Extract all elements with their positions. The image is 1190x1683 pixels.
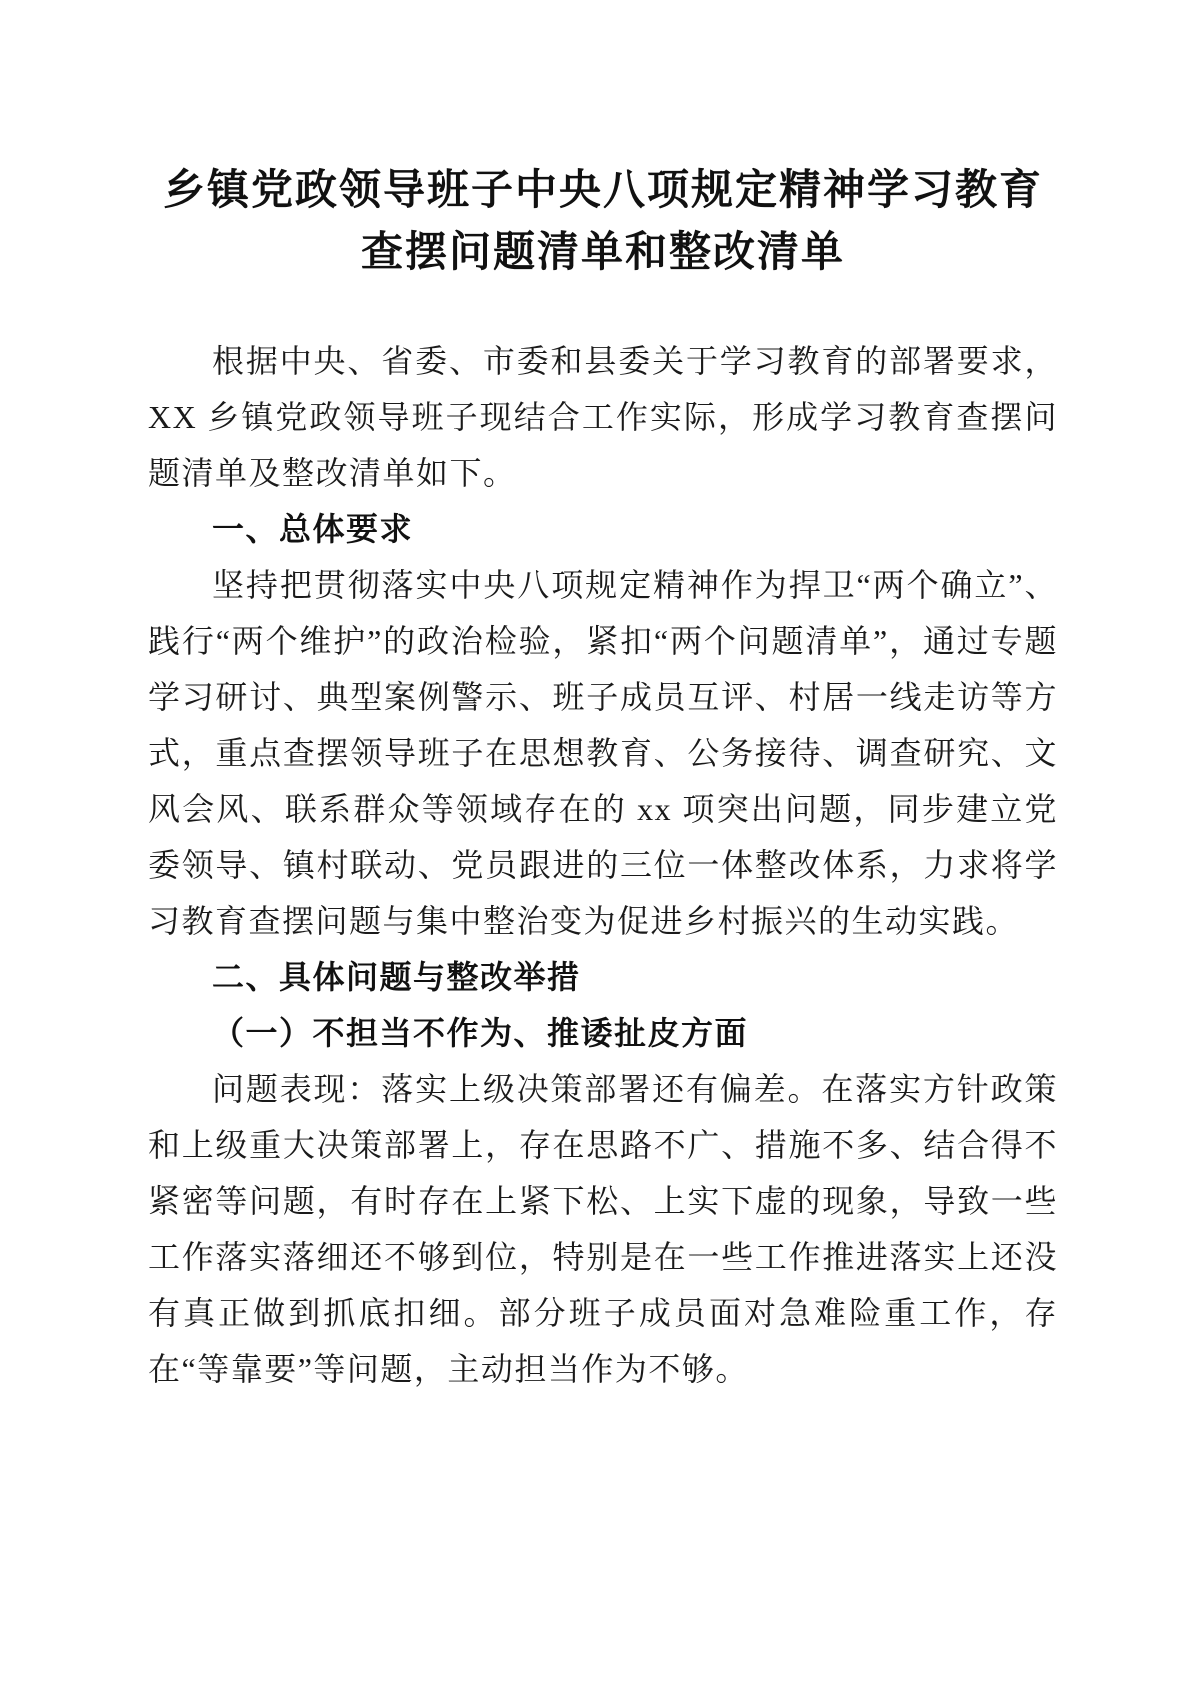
subsection-1-heading: （一）不担当不作为、推诿扯皮方面 <box>148 1005 1058 1061</box>
document-title: 乡镇党政领导班子中央八项规定精神学习教育查摆问题清单和整改清单 <box>148 160 1058 284</box>
document-page: 乡镇党政领导班子中央八项规定精神学习教育查摆问题清单和整改清单 根据中央、省委、… <box>0 0 1190 1683</box>
intro-paragraph: 根据中央、省委、市委和县委关于学习教育的部署要求，XX 乡镇党政领导班子现结合工… <box>148 333 1058 501</box>
subsection-1-body: 问题表现：落实上级决策部署还有偏差。在落实方针政策和上级重大决策部署上，存在思路… <box>148 1061 1058 1397</box>
section-1-body: 坚持把贯彻落实中央八项规定精神作为捍卫“两个确立”、践行“两个维护”的政治检验，… <box>148 557 1058 949</box>
section-2-heading: 二、具体问题与整改举措 <box>148 949 1058 1005</box>
section-1-heading: 一、总体要求 <box>148 501 1058 557</box>
